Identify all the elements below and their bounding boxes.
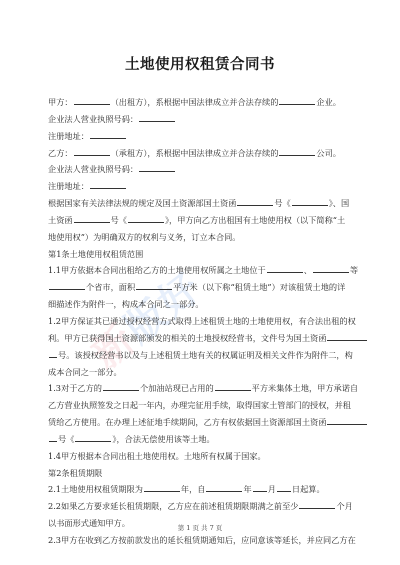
fill-in-blank[interactable] [253,482,267,492]
fill-in-blank[interactable] [144,482,180,492]
text-line: 第1条土地使用权租赁范围 [48,246,353,263]
page-footer: 第 1 页 共 7 页 [0,523,400,532]
fill-in-blank[interactable] [90,179,126,189]
text-segment: 个月 [336,501,352,511]
text-line: 号《》，合法无偿使用该等土地。 [48,431,353,448]
text-segment: 》，甲方向乙方出租国有土地使用权（以下简称“土 [165,215,345,225]
text-line: 乙方：（承租方），系根据中国法律成立并合法存续的公司。 [48,145,353,162]
text-segment: 》，合法无偿使用该等土地。 [112,434,214,444]
fill-in-blank[interactable] [75,432,111,442]
text-segment: 企业法人营业执照号码： [48,164,138,174]
text-segment: 平方米（以下称“租赁土地”）对该租赁土地的详 [173,282,345,292]
text-segment: 细描述作为附件一，构成本合同之一部分。 [48,299,204,309]
text-segment: （承租方），系根据中国法律成立并合法存续的 [111,148,279,158]
text-segment: 号《 [274,198,290,208]
text-line: 1.4甲方根据本合同出租土地使用权。土地所有权属于国家。 [48,448,353,465]
text-segment: 1.1甲方依据本合同出租给乙方的土地使用权所属之土地位于 [48,265,266,275]
text-segment: 根据国家有关法律法规的规定及国土资源部国土资函 [48,198,236,208]
text-line: 根据国家有关法律法规的规定及国土资源部国土资函号《》、国 [48,195,353,212]
text-segment: 注册地址： [48,131,89,141]
fill-in-blank[interactable] [327,415,367,425]
text-segment: 个加油站现已占用的 [140,383,214,393]
text-segment: 个省市，面积 [86,282,135,292]
text-segment: 成本合同之一部分。 [48,367,122,377]
document-page: 新版好 土地使用权租赁合同书 甲方：（出租方），系根据中国法律成立并合法存续的企… [0,0,400,565]
text-segment: 第1条土地使用权租赁范围 [48,249,143,259]
fill-in-blank[interactable] [139,162,175,172]
fill-in-blank[interactable] [49,432,57,442]
text-segment: 乙方： [48,148,73,158]
fill-in-blank[interactable] [74,213,110,223]
text-line: 成本合同之一部分。 [48,364,353,381]
text-segment: 企业。 [316,97,341,107]
text-segment: 1.2甲方保证其已通过授权经营方式取得上述租赁土地的土地使用权，有合法出租的权 [48,316,356,326]
fill-in-blank[interactable] [267,263,303,273]
fill-in-blank[interactable] [237,196,273,206]
text-segment: 企业法人营业执照号码： [48,114,138,124]
text-segment: 1.3对于乙方的 [48,383,102,393]
document-title: 土地使用权租赁合同书 [0,53,400,74]
text-line: 第2条租赁期限 [48,465,353,482]
fill-in-blank[interactable] [139,112,175,122]
text-segment: 2.1土地使用权租赁期限为 [48,484,143,494]
text-segment: 第2条租赁期限 [48,468,102,478]
text-segment: 号《 [111,215,127,225]
text-line: 号。该授权经营书以及与上述租赁土地有关的权属证明及相关文件作为附件二，构 [48,347,353,364]
text-line: 1.2甲方保证其已通过授权经营方式取得上述租赁土地的土地使用权，有合法出租的权 [48,313,353,330]
text-segment: 注册地址： [48,181,89,191]
fill-in-blank[interactable] [90,129,126,139]
fill-in-blank[interactable] [292,196,328,206]
text-segment: 1.4甲方根据本合同出租土地使用权。土地所有权属于国家。 [48,451,266,461]
text-segment: 甲方： [48,97,73,107]
text-line: 2.1土地使用权租赁期限为年，自年月日起算。 [48,481,353,498]
fill-in-blank[interactable] [215,381,251,391]
text-segment: 号《 [58,434,74,444]
fill-in-blank[interactable] [277,482,291,492]
fill-in-blank[interactable] [49,348,57,358]
text-line: 甲方：（出租方），系根据中国法律成立并合法存续的企业。 [48,94,353,111]
text-line: 2.2如果乙方要求延长租赁期限，乙方应在前述租赁期限期满之前至少个月 [48,498,353,515]
text-segment: 赁给乙方使用。在办理上述征地手续期间，乙方有权依据国土资源部国土资函 [48,417,326,427]
fill-in-blank[interactable] [279,95,315,105]
text-line: 2.3甲方在收到乙方按前款发出的延长租赁期通知后，应同意该等延长，并应同乙方在 [48,532,353,549]
text-segment: 平方米集体土地，甲方承诺自 [252,383,358,393]
fill-in-blank[interactable] [136,280,172,290]
text-line: 1.3对于乙方的个加油站现已占用的平方米集体土地，甲方承诺自 [48,380,353,397]
text-segment: 月 [268,484,276,494]
text-line: 1.1甲方依据本合同出租给乙方的土地使用权所属之土地位于、等 [48,262,353,279]
text-line: 企业法人营业执照号码： [48,161,353,178]
fill-in-blank[interactable] [279,146,315,156]
text-line: 注册地址： [48,128,353,145]
fill-in-blank[interactable] [128,213,164,223]
fill-in-blank[interactable] [74,95,110,105]
text-segment: 乙方营业执照签发之日起一年内，办理完征用手续，取得国家土管部门的授权，并租 [48,400,351,410]
text-line: 个省市，面积平方米（以下称“租赁土地”）对该租赁土地的详 [48,279,353,296]
text-line: 赁给乙方使用。在办理上述征地手续期间，乙方有权依据国土资源部国土资函 [48,414,353,431]
text-segment: 、 [304,265,312,275]
text-line: 企业法人营业执照号码： [48,111,353,128]
text-segment: 利。甲方已获得国土资源部颁发的相关的土地授权经营书，文件号为国土资函 [48,333,326,343]
text-segment: 地使用权”）为明确双方的权利与义务，订立本合同。 [48,232,241,242]
text-segment: 》、国 [329,198,349,208]
text-segment: 等 [350,265,358,275]
text-segment: 2.3甲方在收到乙方按前款发出的延长租赁期通知后，应同意该等延长，并应同乙方在 [48,535,356,545]
text-line: 细描述作为附件一，构成本合同之一部分。 [48,296,353,313]
fill-in-blank[interactable] [313,263,349,273]
text-segment: 号。该授权经营书以及与上述租赁土地有关的权属证明及相关文件作为附件二，构 [58,350,353,360]
fill-in-blank[interactable] [103,381,139,391]
text-segment: 年，自 [181,484,206,494]
fill-in-blank[interactable] [299,499,335,509]
text-segment: 2.2如果乙方要求延长租赁期限，乙方应在前述租赁期限期满之前至少 [48,501,298,511]
text-segment: （出租方），系根据中国法律成立并合法存续的 [111,97,279,107]
text-segment: 公司。 [316,148,341,158]
fill-in-blank[interactable] [327,331,367,341]
text-segment: 土资函 [48,215,73,225]
text-line: 土资函号《》，甲方向乙方出租国有土地使用权（以下简称“土 [48,212,353,229]
document-body: 甲方：（出租方），系根据中国法律成立并合法存续的企业。企业法人营业执照号码：注册… [48,94,353,549]
fill-in-blank[interactable] [74,146,110,156]
text-segment: 日起算。 [292,484,325,494]
text-line: 乙方营业执照签发之日起一年内，办理完征用手续，取得国家土管部门的授权，并租 [48,397,353,414]
text-line: 注册地址： [48,178,353,195]
text-segment: 年 [243,484,251,494]
fill-in-blank[interactable] [206,482,242,492]
fill-in-blank[interactable] [49,280,85,290]
text-line: 利。甲方已获得国土资源部颁发的相关的土地授权经营书，文件号为国土资函 [48,330,353,347]
text-line: 地使用权”）为明确双方的权利与义务，订立本合同。 [48,229,353,246]
